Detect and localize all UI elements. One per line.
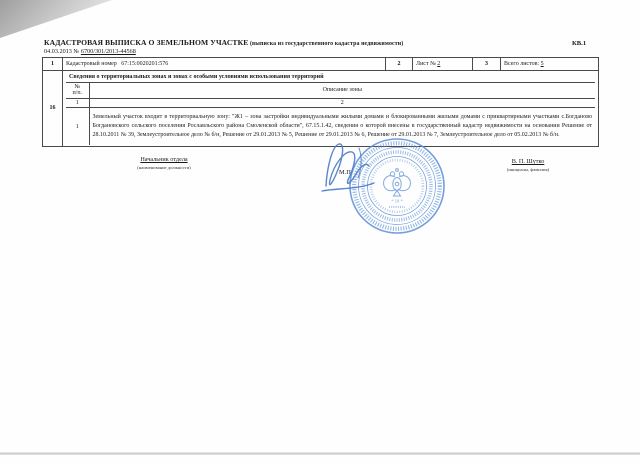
zones-section-header: Сведения о территориальных зонах и зонах… — [66, 72, 595, 82]
total-sheets-value: 5 — [541, 61, 544, 67]
zones-column-header-row: № п/п. Описание зоны — [66, 82, 595, 99]
zones-col2-index: 2 — [89, 99, 595, 108]
signature-name-block: В. П. Шутко (инициалы, фамилия) — [468, 158, 588, 172]
scan-bottom-edge — [0, 452, 640, 455]
cell-cadastral-number: Кадастровый номер 67:15:0020201:576 — [63, 58, 386, 71]
cadastral-table: 1 Кадастровый номер 67:15:0020201:576 2 … — [42, 57, 599, 147]
sheet-label: Лист № — [416, 61, 437, 67]
zones-col2-header: Описание зоны — [89, 82, 595, 99]
cell-zones-content: Сведения о территориальных зонах и зонах… — [63, 71, 599, 147]
total-sheets-label: Всего листов: — [504, 61, 541, 67]
sheet-value: 2 — [437, 61, 440, 67]
zones-inner-table: Сведения о территориальных зонах и зонах… — [66, 72, 595, 145]
document-title-main: КАДАСТРОВАЯ ВЫПИСКА О ЗЕМЕЛЬНОМ УЧАСТКЕ — [44, 38, 248, 47]
cadastral-number-value: 67:15:0020201:576 — [121, 61, 168, 67]
table-row-zones-section: 16 Сведения о территориальных зонах и зо… — [43, 71, 599, 147]
zones-col1-header-pp: п/п. — [69, 90, 86, 97]
cell-index-2: 2 — [386, 58, 413, 71]
document-number-line: 04.03.2013 № 6700/301/2013-44568 — [44, 48, 136, 55]
signer-name: В. П. Шутко — [468, 158, 588, 165]
zones-index-row: 1 2 — [66, 99, 595, 108]
handwritten-signature — [312, 138, 392, 200]
zones-col1-index: 1 — [66, 99, 89, 108]
position-title: Начальник отдела — [98, 156, 230, 163]
zones-col1-header: № п/п. — [66, 82, 89, 99]
cell-total-sheets: Всего листов: 5 — [501, 58, 599, 71]
document-title-suffix: (выписка из государственного кадастра не… — [248, 41, 403, 47]
cadastral-extract-page: КАДАСТРОВАЯ ВЫПИСКА О ЗЕМЕЛЬНОМ УЧАСТКЕ … — [0, 0, 640, 465]
cell-sheet: Лист № 2 — [413, 58, 473, 71]
position-caption: (наименование должности) — [98, 165, 230, 170]
table-row-cadastral-number: 1 Кадастровый номер 67:15:0020201:576 2 … — [43, 58, 599, 71]
signer-name-caption: (инициалы, фамилия) — [468, 167, 588, 172]
cell-index-3: 3 — [473, 58, 501, 71]
cadastral-number-label: Кадастровый номер — [66, 61, 117, 67]
form-code: КВ.1 — [572, 40, 586, 47]
zones-header-row: Сведения о территориальных зонах и зонах… — [66, 72, 595, 82]
zones-col1-header-no: № — [69, 84, 86, 91]
cell-index-1: 1 — [43, 58, 63, 71]
stamp-center-text: * 19 * — [391, 199, 403, 204]
signature-position-block: Начальник отдела (наименование должности… — [98, 156, 230, 170]
cell-section-number: 16 — [43, 71, 63, 147]
document-date: 04.03.2013 № — [44, 48, 81, 55]
scan-corner-shadow — [0, 0, 112, 38]
document-title: КАДАСТРОВАЯ ВЫПИСКА О ЗЕМЕЛЬНОМ УЧАСТКЕ … — [44, 38, 403, 47]
document-number: 6700/301/2013-44568 — [81, 48, 136, 55]
zone-item-number: 1 — [66, 108, 89, 145]
